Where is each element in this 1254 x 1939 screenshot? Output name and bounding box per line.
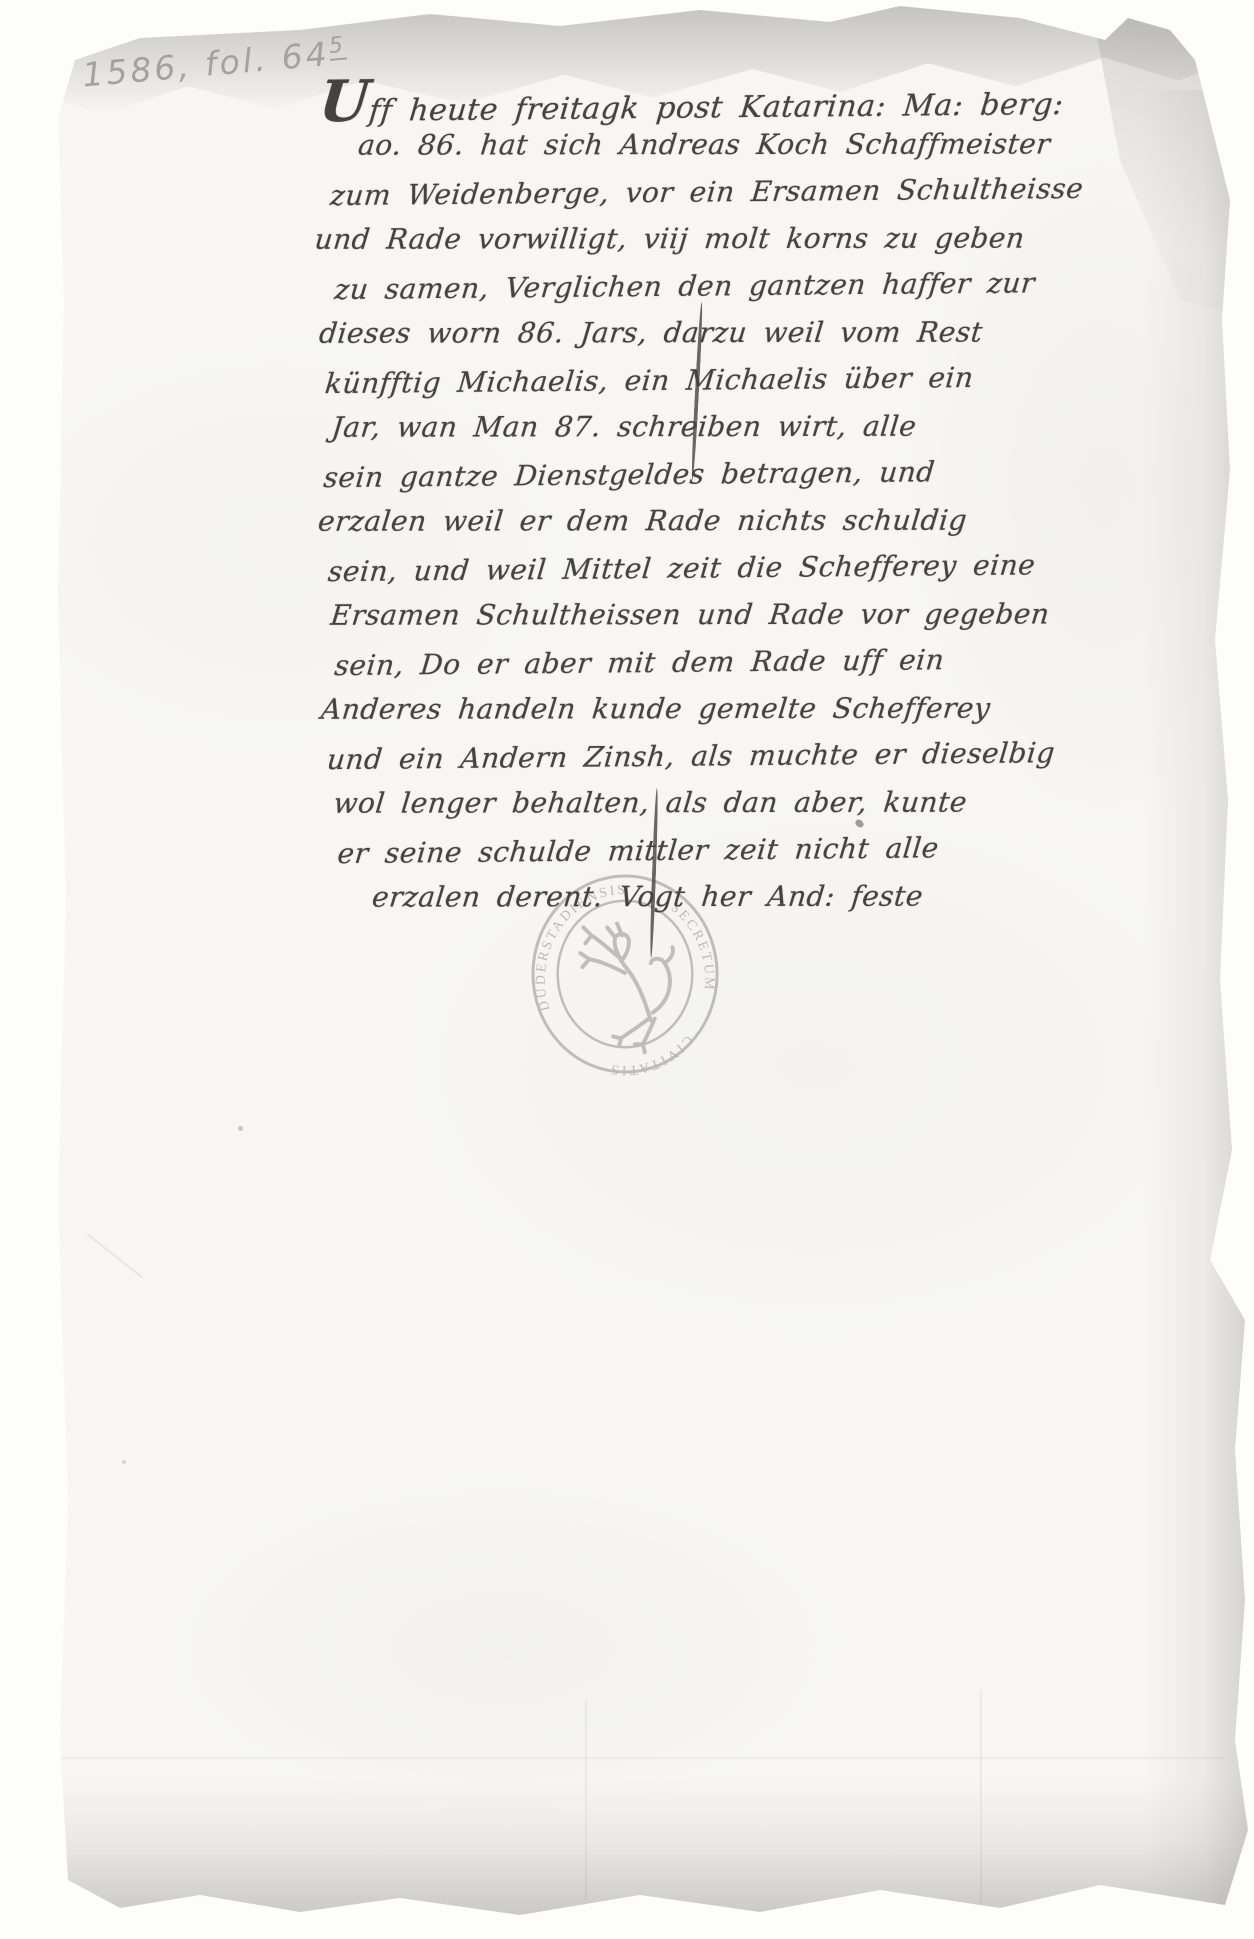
- manuscript-line: Jar, wan Man 87. schreiben wirt, alle: [329, 402, 1194, 451]
- paper-speck: [122, 1460, 126, 1464]
- horizontal-crease: [60, 1757, 1224, 1759]
- manuscript-line: und Rade vorwilligt, viij molt korns zu …: [312, 214, 1193, 263]
- vertical-crease: [980, 1690, 982, 1905]
- manuscript-text-block: Uff heute freitagk post Katarina: Ma: be…: [320, 72, 1194, 923]
- manuscript-line: er seine schulde mittler zeit nicht alle: [335, 822, 1196, 877]
- manuscript-line: sein gantze Dienstgeldes betragen, und: [321, 446, 1194, 501]
- diagonal-crease: [87, 1234, 143, 1279]
- manuscript-line: erzalen weil er dem Rade nichts schuldig: [316, 496, 1195, 545]
- manuscript-line: Ersamen Schultheissen und Rade vor gegeb…: [328, 590, 1195, 639]
- manuscript-line: und ein Andern Zinsh, als muchte er dies…: [325, 728, 1196, 783]
- manuscript-line: künfftig Michaelis, ein Michaelis über e…: [323, 352, 1194, 407]
- manuscript-photo: 1586, fol. 645 Uff heute freitagk post K…: [0, 0, 1254, 1939]
- paper-speck: [238, 1126, 243, 1131]
- manuscript-line: dieses worn 86. Jars, darzu weil vom Res…: [317, 308, 1194, 357]
- rampant-lion-icon: [580, 924, 673, 1053]
- paper-sheet: 1586, fol. 645 Uff heute freitagk post K…: [0, 0, 1254, 1939]
- bottom-torn-edge: [0, 1779, 1254, 1919]
- manuscript-line: zu samen, Verglichen den gantzen haffer …: [332, 258, 1193, 313]
- manuscript-line: sein, und weil Mittel zeit die Scheffere…: [326, 540, 1195, 595]
- manuscript-line: erzalen derent. Vogt her And: feste: [370, 872, 1197, 920]
- manuscript-line: wol lenger behalten, als dan aber, kunte: [331, 778, 1196, 827]
- manuscript-line: Uff heute freitagk post Katarina: Ma: be…: [317, 70, 1192, 125]
- manuscript-line: zum Weidenberge, vor ein Ersamen Schulth…: [328, 164, 1193, 219]
- manuscript-line: ao. 86. hat sich Andreas Koch Schaffmeis…: [356, 120, 1193, 168]
- vertical-crease: [585, 1700, 587, 1900]
- left-edge-shade: [0, 60, 30, 1939]
- manuscript-line: sein, Do er aber mit dem Rade uff ein: [332, 634, 1195, 689]
- archival-note-superscript: 5: [328, 33, 347, 61]
- manuscript-line: Anderes handeln kunde gemelte Schefferey: [319, 684, 1196, 733]
